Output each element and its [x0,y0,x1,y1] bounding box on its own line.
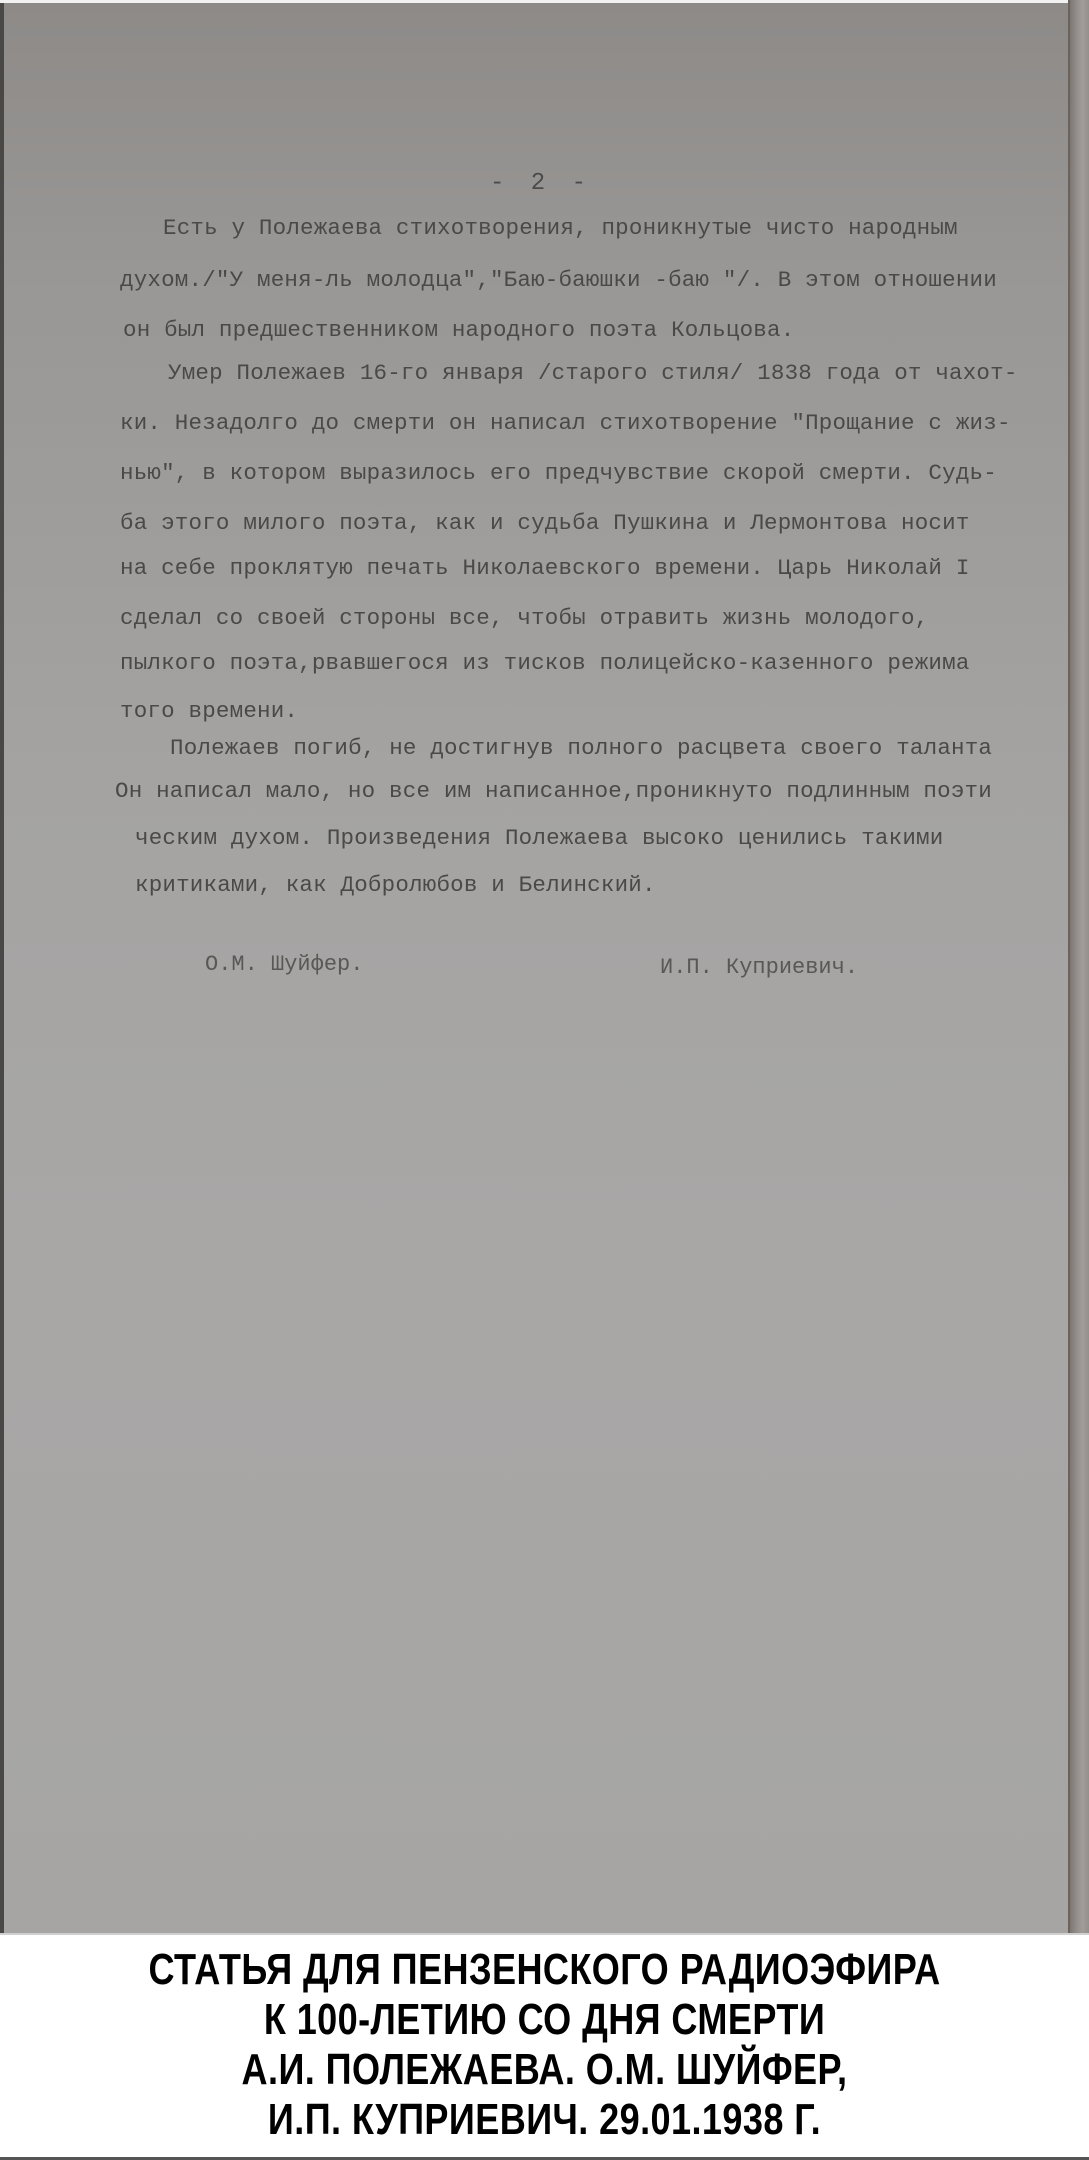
caption-banner: Статья для Пензенского радиоэфира к 100-… [0,1933,1089,2160]
typewritten-body: Есть у Полежаева стихотворения, проникну… [0,0,1068,442]
body-line-9: сделал со своей стороны все, чтобы отрав… [120,605,928,631]
body-line-3: он был предшественником народного поэта … [123,317,794,343]
body-line-5: ки. Незадолго до смерти он написал стихо… [120,410,1011,436]
signature-shuifer: О.М. Шуйфер. [205,952,363,977]
body-line-15: критиками, как Добролюбов и Белинский. [135,872,656,898]
body-line-8: на себе проклятую печать Николаевского в… [120,555,970,581]
body-line-10: пылкого поэта,рвавшегося из тисков полиц… [120,650,970,676]
page-binding-edge [1068,0,1089,1933]
body-line-1: Есть у Полежаева стихотворения, проникну… [163,215,958,241]
body-line-14: ческим духом. Произведения Полежаева выс… [135,825,943,851]
signature-kuprievich: И.П. Куприевич. [660,955,858,980]
body-line-7: ба этого милого поэта, как и судьба Пушк… [120,510,970,536]
caption-line-1: Статья для Пензенского радиоэфира [98,1945,991,1995]
caption-line-4: И.П. Куприевич. 29.01.1938 г. [98,2095,991,2145]
body-line-6: нью", в котором выразилось его предчувст… [120,460,997,486]
body-line-13: Он написал мало, но все им написанное,пр… [115,778,992,804]
body-line-4: Умер Полежаев 16-го января /старого стил… [168,360,1018,386]
caption-line-3: А.И. Полежаева. О.М. Шуйфер, [98,2045,991,2095]
body-line-12: Полежаев погиб, не достигнув полного рас… [170,735,992,761]
caption-line-2: к 100-летию со дня смерти [98,1995,991,2045]
body-line-11: того времени. [120,698,298,724]
scanned-page: - 2 - Есть у Полежаева стихотворения, пр… [0,0,1089,1933]
body-line-2: духом./"У меня-ль молодца","Баю-баюшки -… [120,267,997,293]
